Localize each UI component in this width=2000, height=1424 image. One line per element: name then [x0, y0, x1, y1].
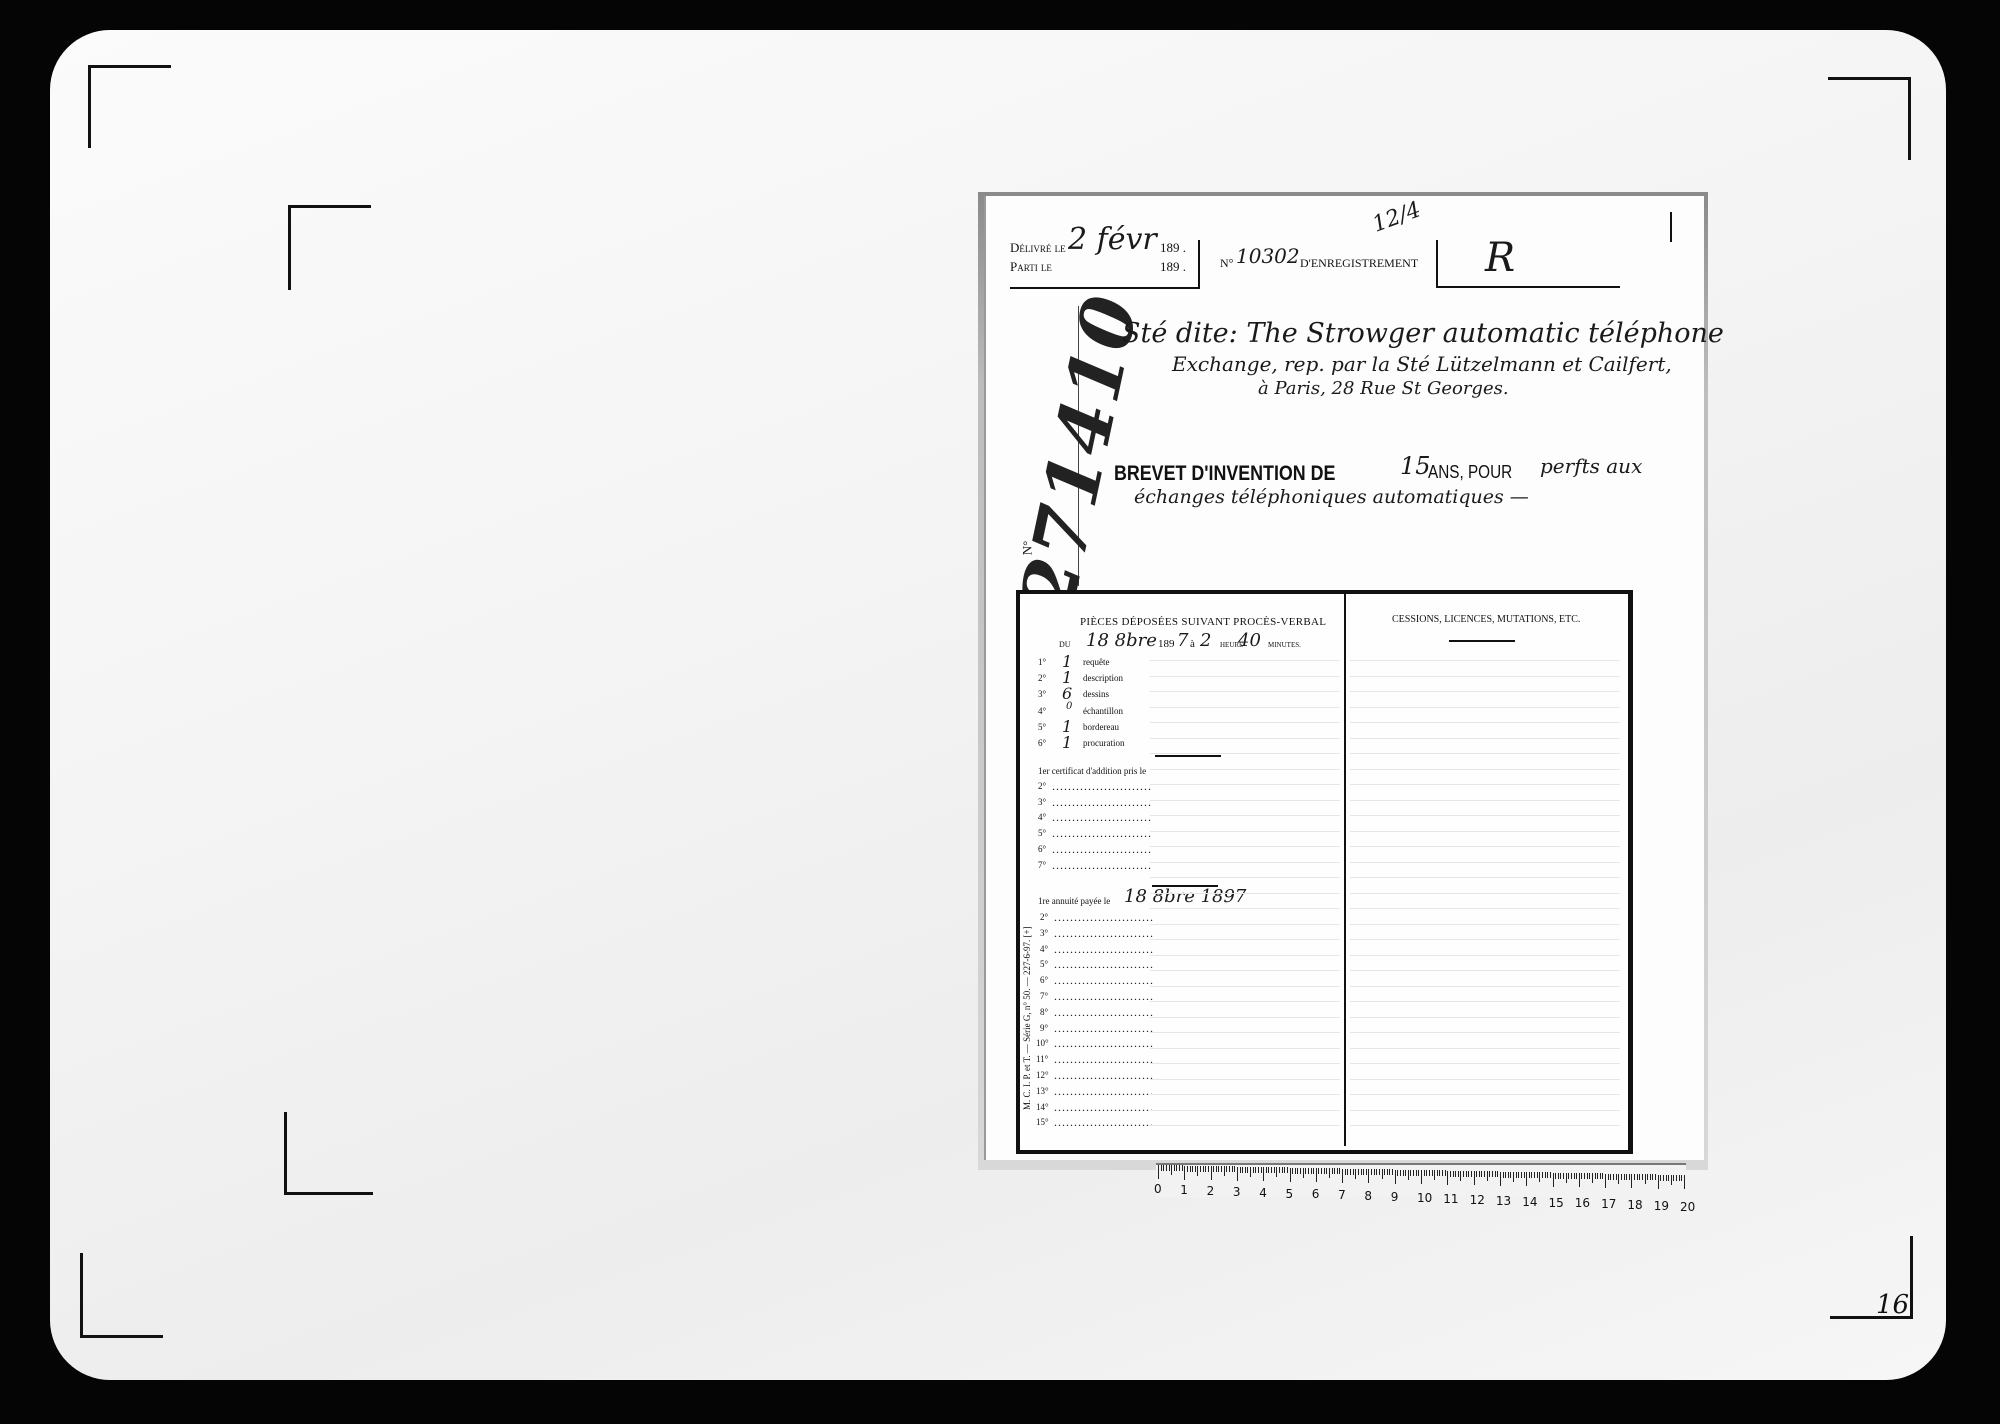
ruler-tick	[1397, 1170, 1398, 1176]
ruler-tick	[1613, 1174, 1614, 1180]
ruler-tick	[1408, 1170, 1409, 1180]
ruler-tick	[1174, 1165, 1175, 1171]
ruler-tick	[1484, 1171, 1485, 1177]
ruler-tick	[1263, 1167, 1264, 1181]
crop-mark-top-left-outer	[88, 65, 171, 148]
ruled-line	[1350, 753, 1620, 754]
ruler-tick	[1413, 1170, 1414, 1176]
ruled-line	[1150, 893, 1340, 894]
ruler-tick	[1442, 1170, 1443, 1176]
delivre-date: 2 févr	[1068, 222, 1157, 257]
ruler-tick	[1558, 1173, 1559, 1179]
ruled-line	[1350, 1001, 1620, 1002]
annuite-row-dots: .........................	[1054, 1036, 1154, 1051]
ruler-tick	[1571, 1173, 1572, 1179]
ruler-tick	[1489, 1171, 1490, 1177]
ruler-tick	[1284, 1167, 1285, 1173]
annuite-row-dots: .........................	[1054, 1021, 1154, 1036]
ruler-tick	[1274, 1167, 1275, 1173]
ruler-tick	[1169, 1165, 1170, 1171]
ruler-tick	[1182, 1165, 1183, 1171]
ruler-tick	[1487, 1171, 1488, 1181]
piece-number: 3°	[1038, 689, 1046, 699]
ruler-tick	[1587, 1173, 1588, 1179]
ruler-tick	[1368, 1169, 1369, 1183]
ruler-tick	[1350, 1169, 1351, 1175]
ruler-tick	[1673, 1175, 1674, 1181]
ruler-tick	[1237, 1167, 1238, 1181]
ruler-tick	[1602, 1173, 1603, 1179]
ruler-label: 8	[1364, 1189, 1372, 1203]
ruler-tick	[1647, 1174, 1648, 1180]
ruler-label: 5	[1286, 1187, 1294, 1201]
ruler-tick	[1595, 1173, 1596, 1179]
piece-label: dessins	[1083, 689, 1109, 699]
ruler-tick	[1258, 1167, 1259, 1173]
ruler-tick	[1403, 1170, 1404, 1176]
annuite-row-number: 6°	[1040, 975, 1048, 985]
ruler-label: 16	[1575, 1196, 1590, 1210]
ruled-line	[1150, 1017, 1340, 1018]
ruler-tick	[1342, 1169, 1343, 1183]
ruled-line	[1350, 784, 1620, 785]
annuite-row-number: 15°	[1036, 1117, 1049, 1127]
ruler-tick	[1337, 1168, 1338, 1174]
ruled-line	[1350, 924, 1620, 925]
ruler-tick	[1616, 1174, 1617, 1180]
piece-label: requête	[1083, 657, 1109, 667]
ruled-line	[1150, 800, 1340, 801]
ruler-tick	[1316, 1168, 1317, 1182]
annuite-row-number: 8°	[1040, 1007, 1048, 1017]
ruler-tick	[1321, 1168, 1322, 1174]
crop-mark-bottom-left-inner	[284, 1112, 373, 1195]
certificat-row-dots: .........................	[1052, 842, 1152, 857]
enregistrement-label: D'ENREGISTREMENT	[1300, 256, 1418, 271]
ruler-tick	[1200, 1166, 1201, 1172]
annuite-row-number: 2°	[1040, 912, 1048, 922]
enregistrement-prefix: N°	[1220, 256, 1233, 271]
delivre-label: Délivré le	[1010, 240, 1066, 256]
pieces-du: DU	[1059, 640, 1071, 649]
annuite-row-dots: .........................	[1054, 942, 1154, 957]
ruled-line	[1150, 1094, 1340, 1095]
annuite-row-number: 14°	[1036, 1102, 1049, 1112]
ruler-tick	[1621, 1174, 1622, 1180]
ruler-tick	[1500, 1172, 1501, 1186]
certificat-row-dots: .........................	[1052, 858, 1152, 873]
ruler-tick	[1608, 1174, 1609, 1180]
pieces-minutes-label: MINUTES.	[1268, 641, 1301, 649]
ruler-tick	[1605, 1174, 1606, 1188]
ruler-tick	[1650, 1174, 1651, 1180]
annuite-row-dots: .........................	[1054, 926, 1154, 941]
ruler-tick	[1366, 1169, 1367, 1175]
piece-label: procuration	[1083, 738, 1124, 748]
ruled-line	[1150, 831, 1340, 832]
ruled-line	[1350, 893, 1620, 894]
certificat-row-number: 2°	[1038, 781, 1046, 791]
ruler-tick	[1158, 1165, 1159, 1179]
ruled-line	[1150, 769, 1340, 770]
ruler-tick	[1437, 1170, 1438, 1176]
ruler-tick	[1524, 1172, 1525, 1178]
ruler-tick	[1471, 1171, 1472, 1177]
crop-mark-top-left-inner	[288, 205, 371, 290]
ruled-line	[1150, 1063, 1340, 1064]
applicant-line-3: à Paris, 28 Rue St Georges.	[1258, 378, 1509, 399]
ruled-line	[1150, 846, 1340, 847]
ruler-tick	[1311, 1168, 1312, 1174]
ruled-line	[1350, 1063, 1620, 1064]
ruler-label: 12	[1470, 1193, 1485, 1207]
title-mid: ANS, POUR	[1428, 462, 1512, 483]
title-years: 15	[1400, 452, 1431, 480]
ruler-tick	[1645, 1174, 1646, 1184]
ruler-tick	[1618, 1174, 1619, 1184]
ruler-tick	[1176, 1165, 1177, 1171]
ruler-tick	[1221, 1166, 1222, 1172]
delivre-year: 189 .	[1160, 240, 1186, 256]
ruler-label: 17	[1601, 1197, 1616, 1211]
ruler-tick	[1300, 1168, 1301, 1174]
ruled-line	[1350, 1094, 1620, 1095]
crop-mark-bottom-left-outer	[80, 1253, 163, 1338]
ruled-line	[1350, 1048, 1620, 1049]
ruler-tick	[1450, 1171, 1451, 1177]
ruler-tick	[1226, 1166, 1227, 1172]
pieces-minutes: 40	[1238, 630, 1261, 651]
ruler-tick	[1190, 1166, 1191, 1172]
ruler-tick	[1282, 1167, 1283, 1173]
certificat-row-dots: .........................	[1052, 795, 1152, 810]
ruled-line	[1150, 1110, 1340, 1111]
ruler-tick	[1563, 1173, 1564, 1179]
ruler-tick	[1232, 1166, 1233, 1172]
title-subject-2: échanges téléphoniques automatiques —	[1134, 486, 1529, 508]
annuite-row-dots: .........................	[1054, 1100, 1154, 1115]
ruler-tick	[1466, 1171, 1467, 1177]
ruler-tick	[1276, 1167, 1277, 1177]
ruler-label: 18	[1627, 1198, 1642, 1212]
ruler-tick	[1410, 1170, 1411, 1176]
ruler-tick	[1503, 1172, 1504, 1178]
ruler-tick	[1376, 1169, 1377, 1175]
ruled-line	[1150, 660, 1340, 661]
ruler-tick	[1392, 1169, 1393, 1175]
certificat-row-number: 6°	[1038, 844, 1046, 854]
ruler-tick	[1634, 1174, 1635, 1180]
ruler-tick	[1361, 1169, 1362, 1175]
certificat-row-number: 7°	[1038, 860, 1046, 870]
pieces-heading: PIÈCES DÉPOSÉES SUIVANT PROCÈS-VERBAL	[1080, 616, 1326, 628]
ruler-tick	[1426, 1170, 1427, 1176]
ruled-line	[1350, 970, 1620, 971]
ruler-tick	[1371, 1169, 1372, 1175]
ruled-line	[1150, 784, 1340, 785]
ruled-line	[1350, 908, 1620, 909]
ruler-tick	[1671, 1175, 1672, 1185]
ruler-tick	[1389, 1169, 1390, 1175]
ruler-tick	[1363, 1169, 1364, 1175]
ruler-tick	[1303, 1168, 1304, 1178]
ruler-tick	[1187, 1166, 1188, 1172]
ruler-tick	[1255, 1167, 1256, 1173]
ruler-tick	[1326, 1168, 1327, 1174]
ruler-tick	[1666, 1175, 1667, 1181]
ruler-tick	[1245, 1167, 1246, 1173]
ruler-tick	[1681, 1175, 1682, 1181]
ruler-tick	[1345, 1169, 1346, 1175]
ruler-tick	[1458, 1171, 1459, 1177]
ruler-tick	[1505, 1172, 1506, 1178]
ruler-tick	[1297, 1168, 1298, 1174]
ruled-line	[1350, 1110, 1620, 1111]
ruled-line	[1350, 676, 1620, 677]
ruled-line	[1150, 908, 1340, 909]
annuite-row-number: 9°	[1040, 1023, 1048, 1033]
ruler-tick	[1395, 1170, 1396, 1184]
ruler-tick	[1679, 1175, 1680, 1181]
ruler-label: 19	[1654, 1199, 1669, 1213]
annuite-first-label: 1re annuité payée le	[1038, 896, 1110, 906]
ruler-tick	[1629, 1174, 1630, 1180]
ruler-label: 0	[1154, 1182, 1162, 1196]
ruled-line	[1350, 815, 1620, 816]
ruled-line	[1150, 1079, 1340, 1080]
ruler-tick	[1495, 1171, 1496, 1177]
pieces-a: à	[1190, 638, 1195, 650]
ruler-label: 20	[1680, 1200, 1695, 1214]
ruled-line	[1350, 800, 1620, 801]
ruler-label: 2	[1207, 1184, 1215, 1198]
ruler-tick	[1468, 1171, 1469, 1177]
ruler-tick	[1400, 1170, 1401, 1176]
ruler-tick	[1308, 1168, 1309, 1174]
ruler-tick	[1163, 1165, 1164, 1171]
ruled-line	[1350, 769, 1620, 770]
title-subject-1: perfts aux	[1540, 454, 1642, 478]
annuite-row-dots: .........................	[1054, 1052, 1154, 1067]
ruler-tick	[1203, 1166, 1204, 1172]
ruler-tick	[1216, 1166, 1217, 1172]
ruled-line	[1350, 707, 1620, 708]
piece-number: 6°	[1038, 738, 1046, 748]
ruler-tick	[1224, 1166, 1225, 1176]
ruler-tick	[1268, 1167, 1269, 1173]
ruler-tick	[1432, 1170, 1433, 1176]
applicant-line-1: Sté dite: The Strowger automatic télépho…	[1122, 318, 1724, 349]
annuite-row-dots: .........................	[1054, 1115, 1154, 1130]
piece-quantity: 1	[1062, 733, 1072, 752]
annuite-row-number: 10°	[1036, 1038, 1049, 1048]
ruler-tick	[1610, 1174, 1611, 1180]
ruler-tick	[1324, 1168, 1325, 1174]
ruler-tick	[1387, 1169, 1388, 1175]
ruler-tick	[1637, 1174, 1638, 1180]
ruler-tick	[1197, 1166, 1198, 1176]
ruler-tick	[1240, 1167, 1241, 1173]
piece-quantity: 0	[1066, 701, 1072, 712]
pieces-hour: 2	[1200, 630, 1211, 651]
ruled-line	[1150, 939, 1340, 940]
pieces-year: 189	[1158, 638, 1175, 650]
ruler-tick	[1290, 1168, 1291, 1182]
ruled-line	[1150, 862, 1340, 863]
ruler-label: 11	[1443, 1192, 1458, 1206]
ruler-tick	[1529, 1172, 1530, 1178]
ruler-tick	[1305, 1168, 1306, 1174]
r-box-bottom	[1436, 286, 1620, 288]
ruler-label: 7	[1338, 1188, 1346, 1202]
ruler-tick	[1481, 1171, 1482, 1177]
enregistrement-number: 10302	[1236, 244, 1300, 268]
ruler-tick	[1279, 1167, 1280, 1173]
ruler-tick	[1418, 1170, 1419, 1176]
ruled-line	[1150, 986, 1340, 987]
ruler-tick	[1555, 1173, 1556, 1179]
cessions-separator	[1449, 640, 1515, 642]
ruler-tick	[1384, 1169, 1385, 1175]
ruled-line	[1150, 707, 1340, 708]
ruled-line	[1350, 1017, 1620, 1018]
ruler-tick	[1547, 1172, 1548, 1178]
annuite-row-number: 4°	[1040, 944, 1048, 954]
crop-mark-top-right-outer	[1828, 77, 1911, 160]
ruler-tick	[1463, 1171, 1464, 1177]
ruler-tick	[1253, 1167, 1254, 1173]
ruler-tick	[1658, 1175, 1659, 1189]
ruler-tick	[1211, 1166, 1212, 1180]
ruler-tick	[1589, 1173, 1590, 1179]
ruler-tick	[1668, 1175, 1669, 1181]
ruler-tick	[1626, 1174, 1627, 1180]
ruled-line	[1350, 831, 1620, 832]
ruler-tick	[1416, 1170, 1417, 1176]
ruler-tick	[1358, 1169, 1359, 1175]
ruler-tick	[1684, 1175, 1685, 1189]
ruler-tick	[1313, 1168, 1314, 1174]
ruler-tick	[1247, 1167, 1248, 1173]
ruler-tick	[1439, 1170, 1440, 1176]
ruler-tick	[1266, 1167, 1267, 1173]
ruled-line	[1150, 955, 1340, 956]
patent-number-prefix: N°	[1019, 541, 1035, 556]
ruler-tick	[1424, 1170, 1425, 1176]
ruled-line	[1150, 753, 1340, 754]
parti-year: 189 .	[1160, 259, 1186, 275]
ruled-line	[1350, 722, 1620, 723]
piece-label: bordereau	[1083, 722, 1119, 732]
ruler-tick	[1447, 1171, 1448, 1185]
piece-number: 1°	[1038, 657, 1046, 667]
ruler-tick	[1576, 1173, 1577, 1179]
annuite-row-number: 11°	[1036, 1054, 1048, 1064]
annuite-row-number: 7°	[1040, 991, 1048, 1001]
ruler-tick	[1553, 1173, 1554, 1187]
ruler-label: 9	[1391, 1190, 1399, 1204]
ruler-tick	[1574, 1173, 1575, 1179]
ruler-tick	[1379, 1169, 1380, 1175]
ruler-tick	[1405, 1170, 1406, 1176]
ruler-tick	[1292, 1168, 1293, 1174]
ruler-label: 15	[1549, 1196, 1564, 1210]
ruler-tick	[1592, 1173, 1593, 1183]
ruled-line	[1350, 1079, 1620, 1080]
annuite-row-dots: .........................	[1054, 989, 1154, 1004]
ruler-tick	[1434, 1170, 1435, 1180]
piece-label: description	[1083, 673, 1123, 683]
ruler-tick	[1531, 1172, 1532, 1178]
ruler-tick	[1453, 1171, 1454, 1177]
ruled-line	[1350, 939, 1620, 940]
ruler-tick	[1208, 1166, 1209, 1172]
ruler-tick	[1508, 1172, 1509, 1178]
pieces-date: 18 8bre	[1086, 630, 1157, 651]
r-box-left	[1436, 240, 1438, 288]
annuite-row-number: 13°	[1036, 1086, 1049, 1096]
r-box-letter: R	[1485, 235, 1515, 281]
ruled-line	[1150, 815, 1340, 816]
ruler-tick	[1353, 1169, 1354, 1175]
ruler-tick	[1639, 1174, 1640, 1180]
ruler-label: 10	[1417, 1191, 1432, 1205]
pieces-separator	[1155, 755, 1221, 757]
ruler-tick	[1510, 1172, 1511, 1178]
ruler-label: 4	[1259, 1186, 1267, 1200]
ruler-tick	[1539, 1172, 1540, 1182]
ruled-line	[1350, 1032, 1620, 1033]
ruler-tick	[1355, 1169, 1356, 1179]
ruler-tick	[1205, 1166, 1206, 1172]
ruler-tick	[1474, 1171, 1475, 1185]
title-prefix: BREVET D'INVENTION DE	[1114, 462, 1335, 486]
annuite-row-dots: .........................	[1054, 1005, 1154, 1020]
ruler-tick	[1271, 1167, 1272, 1173]
annuite-row-dots: .........................	[1054, 910, 1154, 925]
certificat-row-number: 3°	[1038, 797, 1046, 807]
ruled-line	[1150, 877, 1340, 878]
ruled-line	[1150, 1001, 1340, 1002]
annuite-row-dots: .........................	[1054, 1084, 1154, 1099]
ruler-label: 3	[1233, 1185, 1241, 1199]
parti-label: Parti le	[1010, 259, 1052, 275]
ruler-tick	[1624, 1174, 1625, 1180]
ruled-line	[1350, 862, 1620, 863]
ruled-line	[1150, 1032, 1340, 1033]
ruler-tick	[1545, 1172, 1546, 1178]
ruled-line	[1150, 691, 1340, 692]
ruled-line	[1150, 1125, 1340, 1126]
certificat-row-number: 5°	[1038, 828, 1046, 838]
ruler-tick	[1171, 1165, 1172, 1175]
ruled-line	[1350, 660, 1620, 661]
ruler-tick	[1161, 1165, 1162, 1171]
annuite-row-number: 3°	[1040, 928, 1048, 938]
piece-number: 4°	[1038, 706, 1046, 716]
ruler-tick	[1516, 1172, 1517, 1178]
ruler-tick	[1195, 1166, 1196, 1172]
annuite-row-dots: .........................	[1054, 1068, 1154, 1083]
annuite-row-number: 12°	[1036, 1070, 1049, 1080]
ruler-tick	[1334, 1168, 1335, 1174]
ruler-tick	[1479, 1171, 1480, 1177]
piece-number: 2°	[1038, 673, 1046, 683]
pieces-year-digit: 7	[1177, 630, 1188, 651]
corner-mark	[1670, 212, 1672, 242]
ruled-line	[1150, 676, 1340, 677]
certificat-row-number: 4°	[1038, 812, 1046, 822]
